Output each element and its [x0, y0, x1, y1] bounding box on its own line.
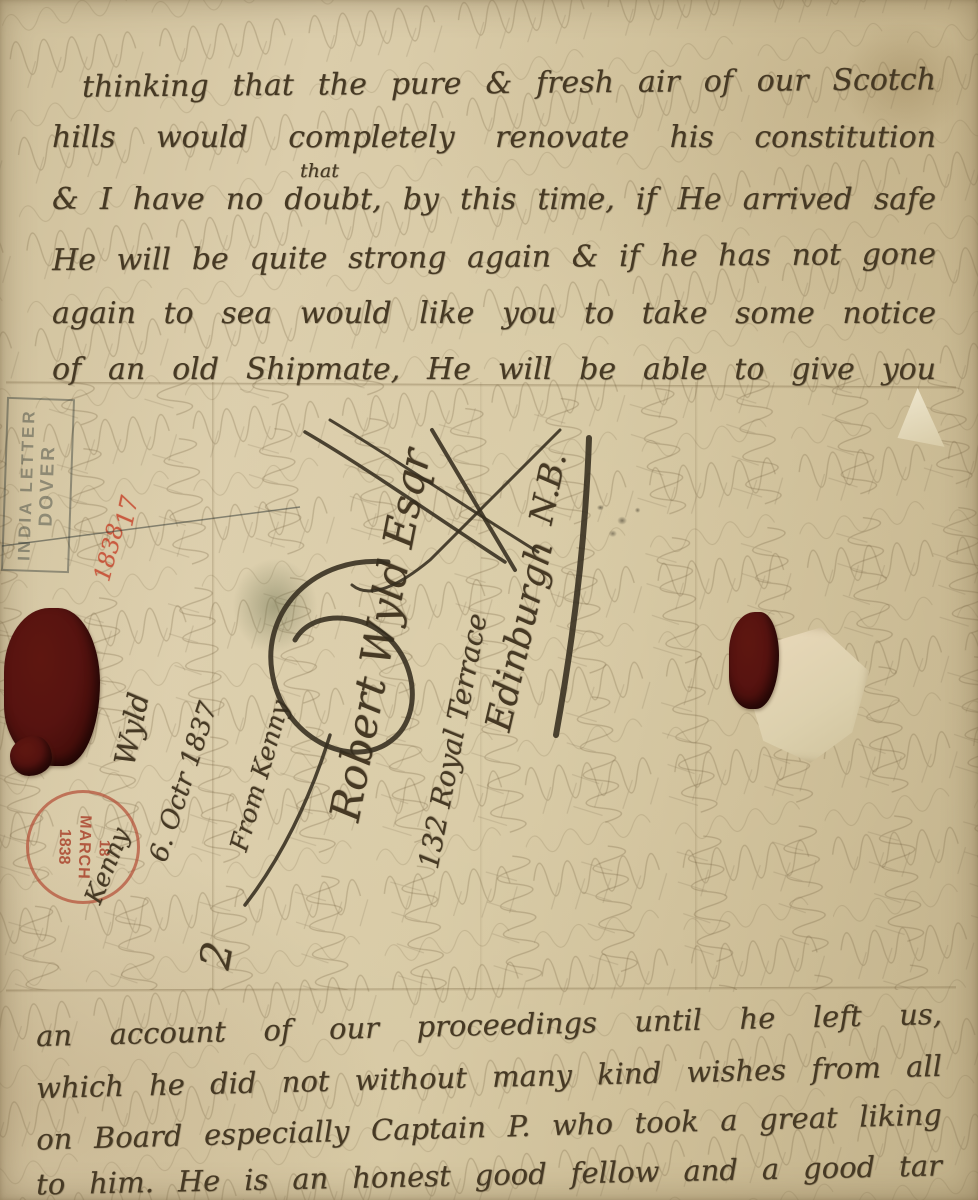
cds-year: 1838	[53, 814, 75, 879]
fold-crease-top	[6, 382, 956, 390]
red-date-mark-year: 1838	[89, 521, 129, 584]
letter-photograph: INDIA LETTER DOVER 17 1838 18 MARCH 1838…	[0, 0, 978, 1200]
rate-mark: 2	[190, 938, 243, 973]
handstamp-line1: INDIA LETTER	[14, 408, 39, 561]
torn-paper-patch	[740, 619, 874, 768]
address-recipient: Robert Wyld Esqr	[320, 445, 440, 825]
text-line: & I have no doubt, by this time, if He a…	[52, 182, 936, 217]
handstamp-line2: DOVER	[36, 444, 61, 527]
red-date-mark-day: 17	[110, 493, 144, 529]
stain-speckles	[588, 492, 650, 544]
torn-corner-fold	[893, 388, 949, 452]
fold-crease-right	[695, 382, 698, 990]
letter-bottom-text: an account of our proceedings until he l…	[36, 1008, 942, 1198]
india-letter-dover-handstamp: INDIA LETTER DOVER	[1, 397, 75, 573]
text-line: hills would completely renovate his cons…	[52, 120, 936, 155]
text-line: He will be quite strong again & if he ha…	[52, 237, 936, 278]
wax-seal-left-fragment	[10, 736, 52, 776]
text-line: of an old Shipmate, He will be able to g…	[52, 352, 936, 387]
docket-sender-note: From Kenny	[224, 697, 295, 854]
text-line: thinking that the pure & fresh air of ou…	[82, 62, 936, 104]
docket-name: Wyld	[107, 690, 156, 769]
fold-crease-left	[212, 382, 215, 990]
docket-sender: Kenny	[79, 824, 136, 908]
stain-green	[232, 558, 318, 654]
cds-day: 18	[92, 815, 113, 880]
letter-sheet: INDIA LETTER DOVER 17 1838 18 MARCH 1838…	[0, 0, 978, 1200]
text-line: on Board especially Captain P. who took …	[36, 1097, 943, 1156]
letter-top-text: thinking that the pure & fresh air of ou…	[52, 58, 936, 398]
address-city: Edinburgh	[478, 537, 562, 735]
text-line: to him. He is an honest good fellow and …	[36, 1149, 943, 1200]
ink-flourishes	[0, 0, 978, 1200]
interline-insertion: that	[300, 160, 339, 182]
docket-date: 6. Octr 1837	[144, 698, 224, 865]
address-street: 132 Royal Terrace	[412, 611, 494, 872]
circular-datestamp: 18 MARCH 1838	[26, 790, 140, 904]
fold-crease-mid	[480, 382, 483, 990]
text-line: again to sea would like you to take some…	[52, 296, 936, 331]
wax-seal-right	[729, 612, 779, 709]
fold-crease-bottom	[6, 986, 956, 992]
address-country: N.B.	[521, 449, 574, 528]
circular-datestamp-text: 18 MARCH 1838	[53, 814, 114, 881]
stain-top-right	[840, 20, 970, 140]
wax-seal-left	[4, 608, 100, 766]
show-through-writing	[0, 0, 978, 1200]
text-line: an account of our proceedings until he l…	[36, 997, 943, 1053]
cds-month: MARCH	[72, 814, 94, 879]
text-line: which he did not without many kind wishe…	[36, 1049, 943, 1105]
